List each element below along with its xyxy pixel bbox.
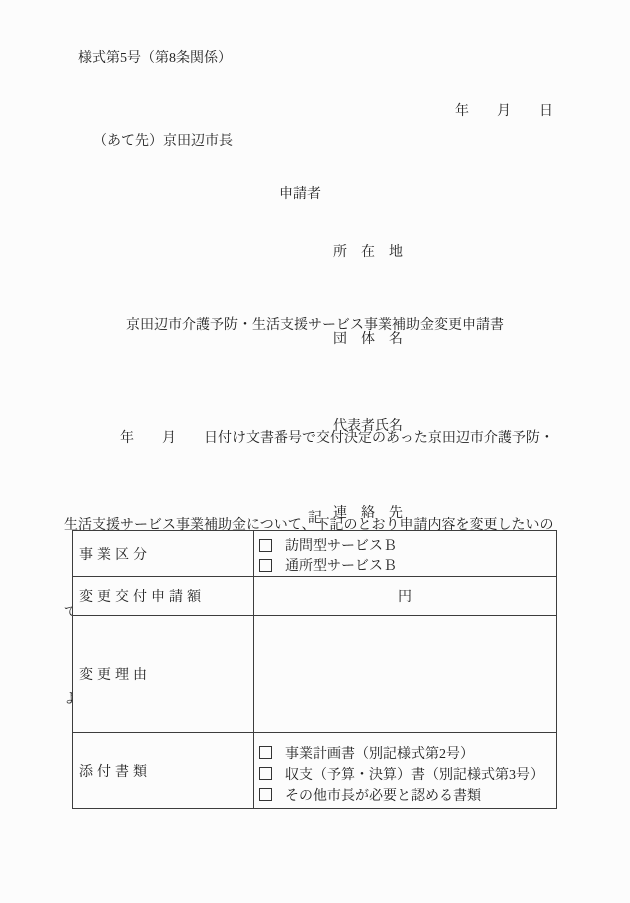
row-label-attachments: 添付書類 (73, 733, 254, 808)
table-row-attachments: 添付書類 事業計画書（別記様式第2号） 収支（予算・決算）書（別記様式第3号） … (73, 732, 556, 808)
row-label-reason: 変更理由 (73, 616, 254, 732)
option-label: 事業計画書（別記様式第2号） (285, 743, 474, 763)
form-table: 事業区分 訪問型サービスＢ 通所型サービスＢ 変更交付申請額 円 変更理由 (72, 530, 557, 809)
option-label: 訪問型サービスＢ (285, 535, 397, 555)
business-category-options: 訪問型サービスＢ 通所型サービスＢ (254, 531, 556, 576)
row-label-business-category: 事業区分 (73, 531, 254, 576)
date-line: 年 月 日 (455, 102, 553, 122)
body-line: 年 月 日付け文書番号で交付決定のあった京田辺市介護予防・ (64, 424, 558, 453)
table-row-amount: 変更交付申請額 円 (73, 576, 556, 615)
checkbox-icon (259, 539, 272, 552)
checkbox-icon (259, 767, 272, 780)
row-label-amount: 変更交付申請額 (73, 577, 254, 615)
reason-cell (254, 616, 556, 732)
addressee: （あて先）京田辺市長 (93, 132, 233, 152)
applicant-field-address: 所 在 地 (333, 238, 403, 267)
option-business-plan: 事業計画書（別記様式第2号） (259, 742, 556, 763)
option-label: 収支（予算・決算）書（別記様式第3号） (285, 764, 544, 784)
checkbox-icon (259, 746, 272, 759)
section-marker: 記 (0, 509, 630, 529)
checkbox-icon (259, 559, 272, 572)
table-row-reason: 変更理由 (73, 615, 556, 732)
option-commute-service: 通所型サービスＢ (259, 555, 556, 575)
form-number: 様式第5号（第8条関係） (78, 49, 232, 69)
attachments-options: 事業計画書（別記様式第2号） 収支（予算・決算）書（別記様式第3号） その他市長… (254, 733, 556, 808)
option-label: 通所型サービスＢ (285, 555, 397, 575)
document-title: 京田辺市介護予防・生活支援サービス事業補助金変更申請書 (0, 316, 630, 336)
table-row-business-category: 事業区分 訪問型サービスＢ 通所型サービスＢ (73, 531, 556, 576)
option-other-documents: その他市長が必要と認める書類 (259, 784, 556, 805)
option-label: その他市長が必要と認める書類 (285, 785, 481, 805)
amount-cell: 円 (254, 577, 556, 615)
document-page: 様式第5号（第8条関係） 年 月 日 （あて先）京田辺市長 申請者 所 在 地 … (0, 0, 630, 903)
applicant-label: 申請者 (279, 180, 321, 209)
amount-unit: 円 (398, 586, 412, 606)
option-budget-statement: 収支（予算・決算）書（別記様式第3号） (259, 763, 556, 784)
option-visit-service: 訪問型サービスＢ (259, 535, 556, 555)
checkbox-icon (259, 788, 272, 801)
